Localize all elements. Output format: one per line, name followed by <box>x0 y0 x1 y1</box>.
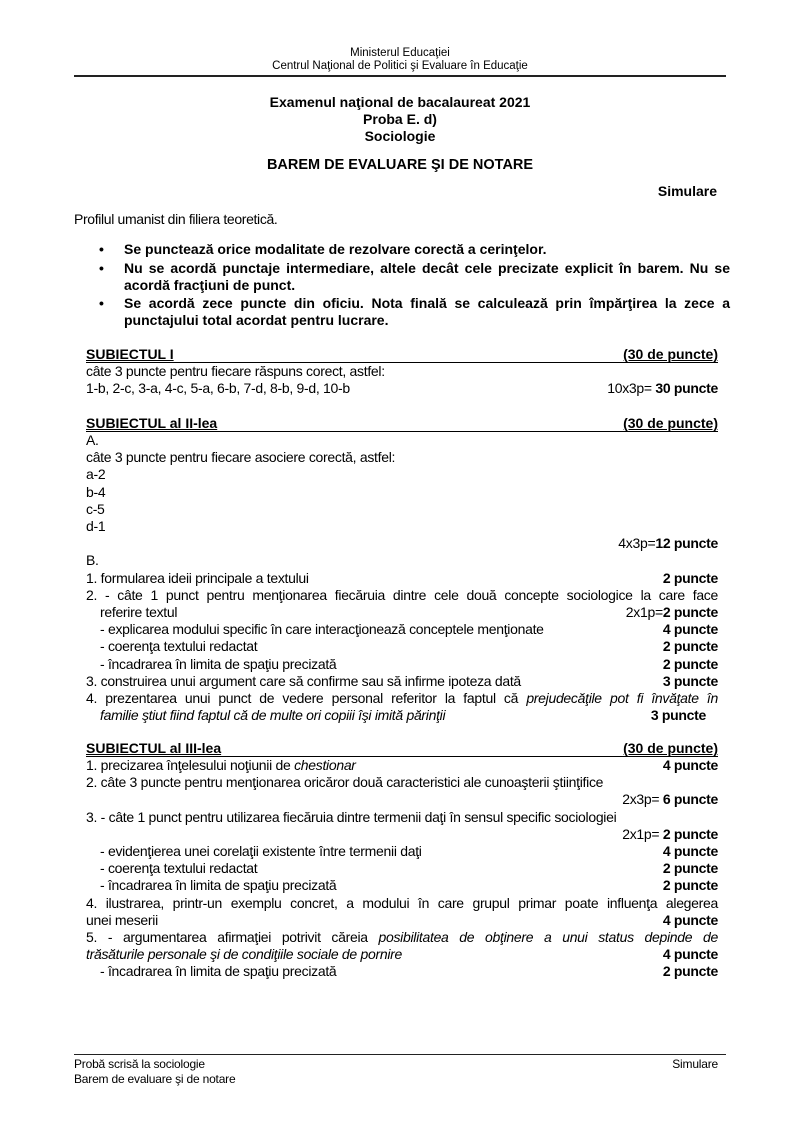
q-subitem: - coerenţa textului redactat2 puncte <box>86 860 718 877</box>
center-name: Centrul Naţional de Politici şi Evaluare… <box>74 60 726 73</box>
q-subitem: - încadrarea în limita de spaţiu preciza… <box>86 877 718 894</box>
answer-item: b-4 <box>86 484 105 501</box>
section-header: SUBIECTUL I (30 de puncte) <box>86 346 718 363</box>
section-subiect-3: SUBIECTUL al III-lea (30 de puncte) 1. p… <box>86 740 718 981</box>
section-title: SUBIECTUL I <box>86 346 174 362</box>
part-a-score: 4x3p=12 puncte <box>618 535 718 552</box>
section-subiect-1: SUBIECTUL I (30 de puncte) câte 3 puncte… <box>86 346 718 397</box>
section-title: SUBIECTUL al III-lea <box>86 740 221 756</box>
general-rules: •Se punctează orice modalitate de rezolv… <box>96 241 730 331</box>
footer-line-1: Probă scrisă la sociologie <box>74 1057 205 1072</box>
variant-label: Simulare <box>658 183 717 200</box>
section-subiect-2: SUBIECTUL al II-lea (30 de puncte) A. câ… <box>86 415 718 724</box>
footer-divider <box>74 1054 726 1055</box>
s1-score: 10x3p= 30 puncte <box>607 380 718 397</box>
q-item-1: 1. precizarea înţelesului noţiunii de ch… <box>86 757 718 774</box>
part-b-label: B. <box>86 552 99 569</box>
rule-item: •Nu se acordă punctaje intermediare, alt… <box>96 260 730 294</box>
rule-item: •Se acordă zece puncte din oficiu. Nota … <box>96 295 730 329</box>
q-subitem: - încadrarea în limita de spaţiu preciza… <box>86 963 718 980</box>
s1-answers-row: 1-b, 2-c, 3-a, 4-c, 5-a, 6-b, 7-d, 8-b, … <box>86 380 718 397</box>
b-item-1: 1. formularea ideii principale a textulu… <box>86 570 718 587</box>
q-item-2: 2. câte 3 puncte pentru menţionarea oric… <box>86 774 718 791</box>
exam-subject: Sociologie <box>74 128 726 145</box>
footer-line-2: Barem de evaluare şi de notare <box>74 1072 235 1087</box>
section-header: SUBIECTUL al III-lea (30 de puncte) <box>86 740 718 757</box>
part-a-label: A. <box>86 432 99 449</box>
section-points: (30 de puncte) <box>623 740 718 756</box>
b-item-2: 2. - câte 1 punct pentru menţionarea fie… <box>86 587 718 604</box>
section-title: SUBIECTUL al II-lea <box>86 415 217 431</box>
part-a-intro: câte 3 puncte pentru fiecare asociere co… <box>86 449 395 466</box>
section-points: (30 de puncte) <box>623 415 718 431</box>
q-item-4: 4. ilustrarea, printr-un exemplu concret… <box>86 895 718 912</box>
b-item-3: 3. construirea unui argument care să con… <box>86 673 718 690</box>
ministry-name: Ministerul Educaţiei <box>74 47 726 60</box>
b-subitem: - coerenţa textului redactat2 puncte <box>86 638 718 655</box>
s1-intro: câte 3 puncte pentru fiecare răspuns cor… <box>86 363 385 380</box>
header-divider <box>74 75 726 77</box>
barem-title: BAREM DE EVALUARE ŞI DE NOTARE <box>74 157 726 174</box>
answer-item: d-1 <box>86 518 105 535</box>
answer-item: a-2 <box>86 466 105 483</box>
footer-variant: Simulare <box>672 1057 718 1072</box>
section-header: SUBIECTUL al II-lea (30 de puncte) <box>86 415 718 432</box>
b-subitem: - explicarea modului specific în care in… <box>86 621 718 638</box>
section-points: (30 de puncte) <box>623 346 718 362</box>
q-subitem: - evidenţierea unei corelaţii existente … <box>86 843 718 860</box>
q-item-3: 3. - câte 1 punct pentru utilizarea fiec… <box>86 809 718 826</box>
exam-title: Examenul naţional de bacalaureat 2021 <box>74 94 726 111</box>
answer-item: c-5 <box>86 501 105 518</box>
rule-item: •Se punctează orice modalitate de rezolv… <box>96 241 730 258</box>
profile-text: Profilul umanist din filiera teoretică. <box>74 211 277 228</box>
q-item-5: 5. - argumentarea afirmaţiei potrivit că… <box>86 929 718 946</box>
s1-answers: 1-b, 2-c, 3-a, 4-c, 5-a, 6-b, 7-d, 8-b, … <box>86 380 350 397</box>
b-subitem: - încadrarea în limita de spaţiu preciza… <box>86 656 718 673</box>
exam-proba: Proba E. d) <box>74 111 726 128</box>
b-item-4: 4. prezentarea unui punct de vedere pers… <box>86 690 718 707</box>
